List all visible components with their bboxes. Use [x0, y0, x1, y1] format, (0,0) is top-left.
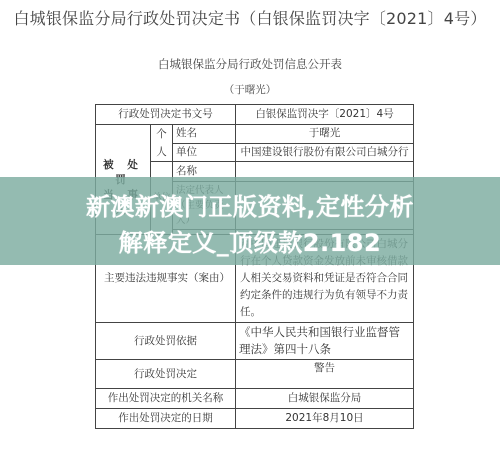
authority-value: 白城银保监分局 — [236, 389, 414, 409]
unit-value: 中国建设银行股份有限公司白城分行 — [236, 143, 414, 162]
decision-label: 行政处罚决定 — [96, 360, 236, 389]
name-label: 姓名 — [173, 125, 236, 144]
unit-label: 单位 — [173, 143, 236, 162]
document-title: 白城银保监分局行政处罚决定书（白银保监罚决字〔2021〕4号） — [0, 6, 500, 29]
authority-label: 作出处罚决定的机关名称 — [96, 389, 236, 409]
name-value: 于曙光 — [236, 125, 414, 144]
date-label: 作出处罚决定的日期 — [96, 409, 236, 429]
doc-number-label: 行政处罚决定书文号 — [96, 105, 236, 125]
basis-label: 行政处罚依据 — [96, 323, 236, 360]
watermark-banner: 新澳新澳门正版资料,定性分析 解释定义_顶级款2.182 — [0, 177, 500, 265]
penalty-info-table: 行政处罚决定书文号 白银保监罚决字〔2021〕4号 被 处 罚 当 事 人 个 … — [95, 104, 414, 429]
watermark-line-2: 解释定义_顶级款2.182 — [0, 223, 500, 258]
table-row-doc-number: 行政处罚决定书文号 白银保监罚决字〔2021〕4号 — [96, 105, 414, 125]
table-row-decision: 行政处罚决定 警告 — [96, 360, 414, 389]
table-title: 白城银保监分局行政处罚信息公开表 — [0, 56, 500, 72]
doc-number-value: 白银保监罚决字〔2021〕4号 — [236, 105, 414, 125]
watermark-line-1: 新澳新澳门正版资料,定性分析 — [0, 187, 500, 222]
table-row-basis: 行政处罚依据 《中华人民共和国银行业监督管理法》第四十八条 — [96, 323, 414, 360]
date-value: 2021年8月10日 — [236, 409, 414, 429]
table-row-individual-name: 被 处 罚 当 事 人 个 人 姓名 于曙光 — [96, 125, 414, 144]
decision-value: 警告 — [236, 360, 414, 389]
individual-label: 个 人 — [151, 125, 173, 162]
subject-name: （于曙光） — [0, 82, 500, 97]
basis-value: 《中华人民共和国银行业监督管理法》第四十八条 — [236, 323, 414, 360]
table-row-authority: 作出处罚决定的机关名称 白城银保监分局 — [96, 389, 414, 409]
table-row-date: 作出处罚决定的日期 2021年8月10日 — [96, 409, 414, 429]
